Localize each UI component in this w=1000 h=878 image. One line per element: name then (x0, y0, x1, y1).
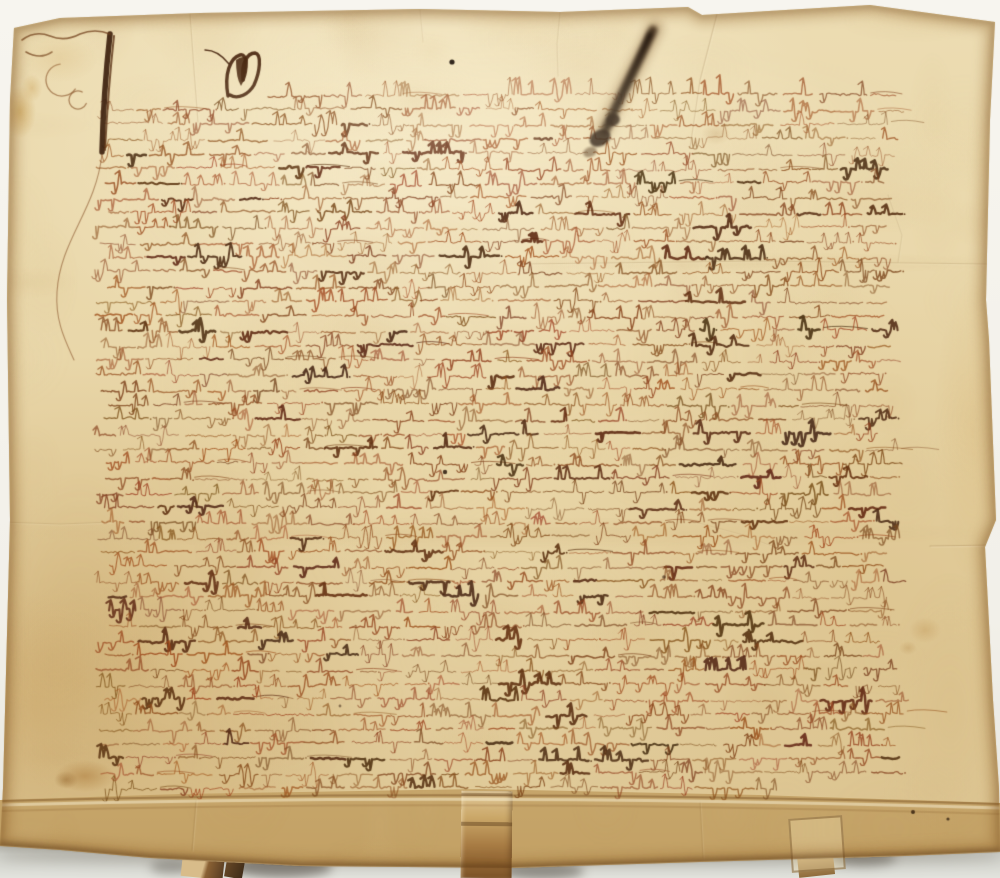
seal-tag-slit-band (461, 793, 512, 797)
seal-tag-center (461, 791, 513, 878)
parchment-charter (0, 0, 1000, 878)
seal-tag-right (788, 815, 846, 873)
manuscript-photograph (0, 0, 1000, 878)
seal-tag-slit-band (461, 822, 512, 827)
